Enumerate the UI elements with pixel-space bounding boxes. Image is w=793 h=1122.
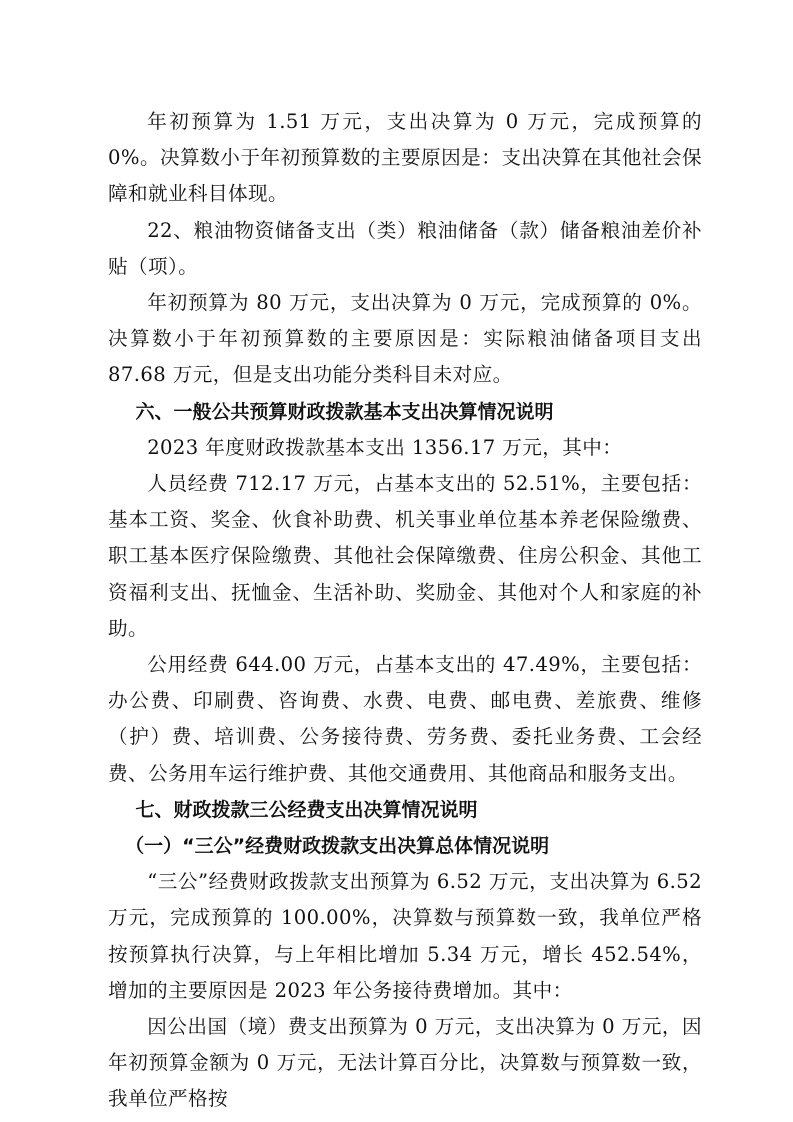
paragraph-item22-explanation: 年初预算为 80 万元，支出决算为 0 万元，完成预算的 0%。决算数小于年初预… xyxy=(108,285,702,394)
paragraph-overseas-travel: 因公出国（境）费支出预算为 0 万元，支出决算为 0 万元，因年初预算金额为 0… xyxy=(108,1009,702,1118)
section-heading-6: 六、一般公共预算财政拨款基本支出决算情况说明 xyxy=(108,394,702,430)
document-page: 年初预算为 1.51 万元，支出决算为 0 万元，完成预算的 0%。决算数小于年… xyxy=(108,104,702,1118)
paragraph-item21-explanation: 年初预算为 1.51 万元，支出决算为 0 万元，完成预算的 0%。决算数小于年… xyxy=(108,104,702,213)
paragraph-public-expenses: 公用经费 644.00 万元，占基本支出的 47.49%，主要包括：办公费、印刷… xyxy=(108,647,702,792)
paragraph-personnel-expenses: 人员经费 712.17 万元，占基本支出的 52.51%，主要包括：基本工资、奖… xyxy=(108,466,702,647)
paragraph-three-public-overview: “三公”经费财政拨款支出预算为 6.52 万元，支出决算为 6.52 万元，完成… xyxy=(108,864,702,1009)
section-heading-7: 七、财政拨款三公经费支出决算情况说明 xyxy=(108,792,702,828)
paragraph-item22-title: 22、粮油物资储备支出（类）粮油储备（款）储备粮油差价补贴（项）。 xyxy=(108,213,702,285)
subsection-heading-1: （一）“三公”经费财政拨款支出决算总体情况说明 xyxy=(108,828,702,864)
paragraph-basic-expenditure-total: 2023 年度财政拨款基本支出 1356.17 万元，其中： xyxy=(108,430,702,466)
